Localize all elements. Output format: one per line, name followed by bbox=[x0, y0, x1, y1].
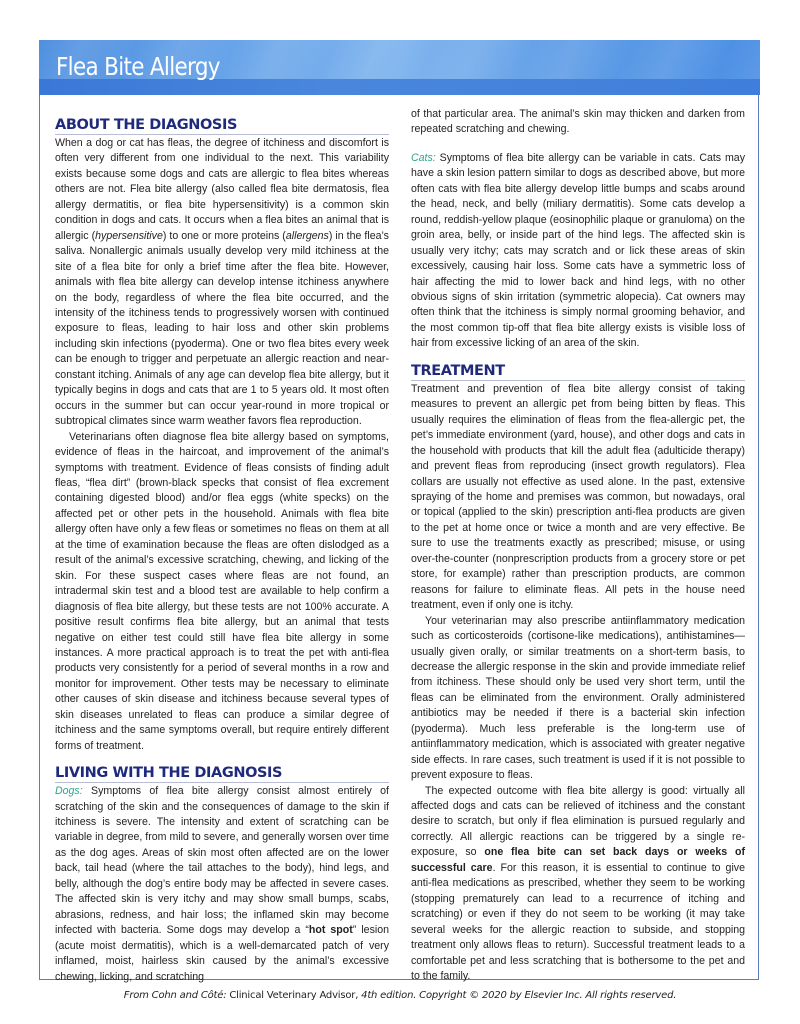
footer-book-title: Clinical Veterinary Advisor, bbox=[229, 990, 361, 1001]
dogs-label: Dogs: bbox=[55, 785, 83, 797]
right-column: of that particular area. The animal’s sk… bbox=[411, 107, 745, 984]
section-heading-about: ABOUT THE DIAGNOSIS bbox=[55, 116, 389, 135]
text-run: When a dog or cat has fleas, the degree … bbox=[55, 137, 389, 242]
text-run: Symptoms of flea bite allergy consist al… bbox=[55, 785, 389, 936]
hot-spot-term: hot spot bbox=[309, 924, 353, 936]
treatment-paragraph-2: Your veterinarian may also prescribe ant… bbox=[411, 614, 745, 784]
term-allergens: allergens bbox=[286, 230, 329, 242]
cats-paragraph: Cats: Symptoms of flea bite allergy can … bbox=[411, 151, 745, 352]
text-run: Symptoms of flea bite allergy can be var… bbox=[411, 152, 745, 349]
banner-band bbox=[39, 79, 760, 95]
footer-source: From Cohn and Côté: bbox=[124, 990, 230, 1001]
text-run: ) in the flea’s saliva. Nonallergic anim… bbox=[55, 230, 389, 427]
treatment-paragraph-1: Treatment and prevention of flea bite al… bbox=[411, 382, 745, 614]
about-paragraph-2: Veterinarians often diagnose flea bite a… bbox=[55, 430, 389, 755]
copyright-footer: From Cohn and Côté: Clinical Veterinary … bbox=[0, 990, 800, 1001]
left-column: ABOUT THE DIAGNOSIS When a dog or cat ha… bbox=[55, 108, 389, 985]
about-paragraph-1: When a dog or cat has fleas, the degree … bbox=[55, 136, 389, 430]
term-hypersensitive: hypersensitive bbox=[95, 230, 163, 242]
section-heading-treatment: TREATMENT bbox=[411, 362, 745, 381]
page-title: Flea Bite Allergy bbox=[56, 52, 220, 81]
text-run: . For this reason, it is essential to co… bbox=[411, 862, 745, 982]
section-heading-living: LIVING WITH THE DIAGNOSIS bbox=[55, 764, 389, 783]
treatment-paragraph-3: The expected outcome with flea bite alle… bbox=[411, 784, 745, 985]
dogs-paragraph-continued: of that particular area. The animal’s sk… bbox=[411, 107, 745, 138]
cats-label: Cats: bbox=[411, 152, 436, 164]
text-run: ) to one or more proteins ( bbox=[163, 230, 286, 242]
title-banner: Flea Bite Allergy bbox=[39, 40, 760, 95]
footer-copyright: 4th edition. Copyright © 2020 by Elsevie… bbox=[361, 990, 676, 1001]
dogs-paragraph: Dogs: Symptoms of flea bite allergy cons… bbox=[55, 784, 389, 985]
